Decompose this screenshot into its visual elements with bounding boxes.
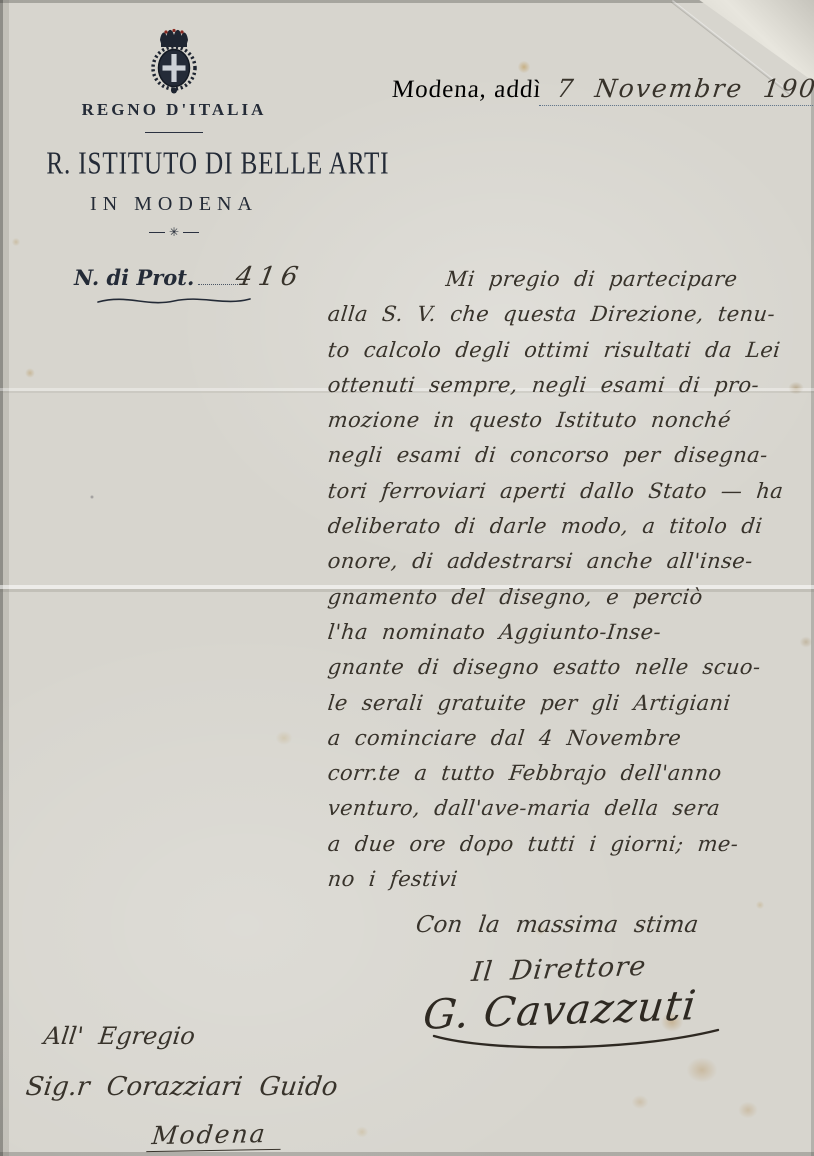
letterhead-divider — [145, 132, 203, 133]
letter-line: a cominciare dal 4 Novembre — [326, 721, 812, 756]
protocol-flourish — [94, 294, 254, 308]
institute-name: R. ISTITUTO DI BELLE ARTI — [46, 146, 301, 181]
addressee-city: Modena — [146, 1119, 284, 1152]
letter-line: ottenuti sempre, negli esami di pro- — [326, 368, 812, 403]
valediction: Con la massima stima — [414, 912, 699, 938]
letter-line: negli esami di concorso per disegna- — [326, 438, 812, 473]
letter-line: venturo, dall'ave-maria della sera — [326, 791, 812, 826]
scanned-letter-page: REGNO D'ITALIA R. ISTITUTO DI BELLE ARTI… — [0, 0, 814, 1156]
letter-line: tori ferroviari aperti dallo Stato — ha — [326, 474, 812, 509]
letter-line: le serali gratuite per gli Artigiani — [326, 686, 812, 721]
dateline-handwritten: 7 Novembre 1907 — [540, 74, 814, 106]
letterhead: REGNO D'ITALIA R. ISTITUTO DI BELLE ARTI… — [22, 24, 326, 308]
letter-line: Mi pregio di partecipare — [326, 262, 812, 297]
letter-line: onore, di addestrarsi anche all'inse- — [326, 544, 812, 579]
ornament-dash — [149, 232, 165, 233]
letter-line: l'ha nominato Aggiunto-Inse- — [326, 615, 812, 650]
protocol-row: N. di Prot. 416 — [22, 262, 326, 292]
addressee-name: Sig.r Corazziari Guido — [24, 1072, 339, 1102]
letter-line: alla S. V. che questa Direzione, tenu- — [326, 297, 812, 332]
letter-body: Mi pregio di partecipare alla S. V. che … — [326, 262, 808, 897]
letter-line: a due ore dopo tutti i giorni; me- — [326, 827, 812, 862]
star-icon: ✳ — [169, 226, 179, 238]
addressee-salutation: All' Egregio — [42, 1022, 196, 1050]
ornament-dash — [183, 232, 199, 233]
letter-line: no i festivi — [326, 862, 812, 897]
royal-crest-icon — [143, 24, 205, 94]
letter-line: deliberato di darle modo, a titolo di — [326, 509, 812, 544]
letter-line: corr.te a tutto Febbrajo dell'anno — [326, 756, 812, 791]
signature-flourish — [430, 1026, 730, 1052]
letter-line: to calcolo degli ottimi risultati da Lei — [326, 333, 812, 368]
letter-line: gnamento del disegno, e perciò — [326, 580, 812, 615]
realm-title: REGNO D'ITALIA — [22, 100, 326, 120]
institute-city: IN MODENA — [22, 193, 326, 216]
dateline: Modena, addì 7 Novembre 1907 — [392, 74, 792, 106]
letter-line: mozione in questo Istituto nonché — [326, 403, 812, 438]
dateline-printed: Modena, addì — [391, 76, 542, 104]
protocol-label: N. di Prot. — [74, 265, 194, 290]
signer-title: Il Direttore — [470, 951, 648, 988]
protocol-number: 416 — [234, 262, 307, 292]
letter-line: gnante di disegno esatto nelle scuo- — [326, 650, 812, 685]
star-ornament: ✳ — [22, 226, 326, 238]
